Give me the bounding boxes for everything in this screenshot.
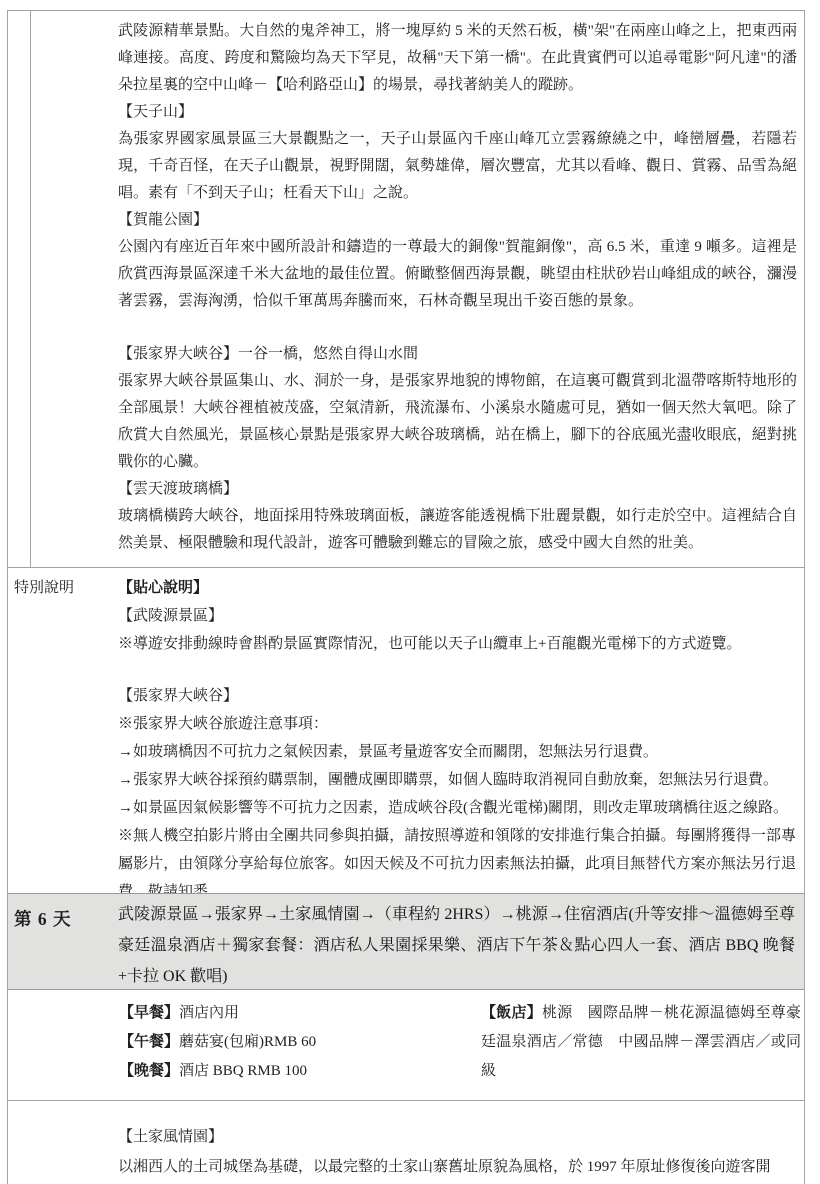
note-canyon-title: ※張家界大峽谷旅遊注意事項： [118, 710, 796, 738]
paragraph-bridge: 武陵源精華景點。大自然的鬼斧神工，將一塊厚約 5 米的天然石板，橫"架"在兩座山… [118, 18, 797, 99]
tujia-content: 【土家風情園】 以湘西人的土司城堡為基礎，以最完整的土家山寨舊址原貌為風格，於 … [118, 1101, 796, 1182]
heading-glass-bridge: 【雲天渡玻璃橋】 [118, 476, 797, 503]
hotel-label: 【飯店】 [481, 1005, 542, 1021]
hotel-column: 【飯店】桃源 國際品牌－桃花源温德姆至尊豪廷温泉酒店／常德 中國品牌－澤雲酒店／… [481, 999, 801, 1086]
breakfast-line: 【早餐】酒店內用 [119, 999, 449, 1028]
day6-meals-row: 【早餐】酒店內用 【午餐】蘑菇宴(包廂)RMB 60 【晚餐】酒店 BBQ RM… [8, 989, 804, 1100]
dinner-line: 【晚餐】酒店 BBQ RMB 100 [119, 1057, 449, 1086]
special-note-content: 【貼心說明】 【武陵源景區】 ※導遊安排動線時會斟酌景區實際情況，也可能以天子山… [118, 568, 796, 906]
itinerary-page: 武陵源精華景點。大自然的鬼斧神工，將一塊厚約 5 米的天然石板，橫"架"在兩座山… [0, 0, 820, 1184]
hotel-line: 【飯店】桃源 國際品牌－桃花源温德姆至尊豪廷温泉酒店／常德 中國品牌－澤雲酒店／… [481, 999, 801, 1086]
breakfast-label: 【早餐】 [119, 1005, 179, 1021]
dinner-value: 酒店 BBQ RMB 100 [179, 1063, 307, 1079]
note-heading-canyon: 【張家界大峽谷】 [118, 682, 796, 710]
lunch-value: 蘑菇宴(包廂)RMB 60 [179, 1034, 316, 1050]
paragraph-glass-bridge: 玻璃橋橫跨大峽谷，地面採用特殊玻璃面板，讓遊客能透視橋下壯麗景觀，如行走於空中。… [118, 503, 797, 557]
meals-column: 【早餐】酒店內用 【午餐】蘑菇宴(包廂)RMB 60 【晚餐】酒店 BBQ RM… [119, 999, 449, 1086]
cell-divider-line [30, 11, 31, 567]
heading-helong-park: 【賀龍公園】 [118, 207, 797, 234]
blank-line [118, 658, 796, 682]
note-canyon-closure: →如景區因氣候影響等不可抗力之因素，造成峽谷段(含觀光電梯)關閉，則改走單玻璃橋… [118, 794, 796, 822]
note-wulingyuan-route: ※導遊安排動線時會斟酌景區實際情況，也可能以天子山纜車上+百龍觀光電梯下的方式遊… [118, 630, 796, 658]
day6-header-row: 第 6 天 武陵源景區→張家界→土家風情園→（車程約 2HRS）→桃源→住宿酒店… [8, 893, 804, 989]
itinerary-table: 武陵源精華景點。大自然的鬼斧神工，將一塊厚約 5 米的天然石板，橫"架"在兩座山… [7, 10, 805, 1184]
day5-description-row: 武陵源精華景點。大自然的鬼斧神工，將一塊厚約 5 米的天然石板，橫"架"在兩座山… [8, 11, 804, 567]
lunch-line: 【午餐】蘑菇宴(包廂)RMB 60 [119, 1028, 449, 1057]
heading-tujia-park: 【土家風情園】 [118, 1122, 796, 1152]
day5-description-content: 武陵源精華景點。大自然的鬼斧神工，將一塊厚約 5 米的天然石板，橫"架"在兩座山… [118, 11, 797, 557]
day6-label: 第 6 天 [14, 906, 72, 931]
dinner-label: 【晚餐】 [119, 1063, 179, 1079]
paragraph-helong-park: 公園內有座近百年來中國所設計和鑄造的一尊最大的銅像"賀龍銅像"，高 6.5 米，… [118, 234, 797, 315]
paragraph-grand-canyon: 張家界大峽谷景區集山、水、洞於一身，是張家界地貌的博物館，在這裏可觀賞到北溫帶喀… [118, 368, 797, 476]
special-note-label: 特別說明 [14, 576, 74, 597]
note-heading-wulingyuan: 【武陵源景區】 [118, 602, 796, 630]
special-note-row: 特別說明 【貼心說明】 【武陵源景區】 ※導遊安排動線時會斟酌景區實際情況，也可… [8, 567, 804, 893]
heading-grand-canyon: 【張家界大峽谷】一谷一橋，悠然自得山水間 [118, 341, 797, 368]
note-canyon-ticket: →張家界大峽谷採預約購票制，團體成團即購票，如個人臨時取消視同自動放棄，恕無法另… [118, 766, 796, 794]
lunch-label: 【午餐】 [119, 1034, 179, 1050]
day6-description-row: 【土家風情園】 以湘西人的土司城堡為基礎，以最完整的土家山寨舊址原貌為風格，於 … [8, 1100, 804, 1184]
note-heading-tips: 【貼心說明】 [118, 574, 796, 602]
heading-tianzishan: 【天子山】 [118, 99, 797, 126]
breakfast-value: 酒店內用 [179, 1005, 239, 1021]
paragraph-tianzishan: 為張家界國家風景區三大景觀點之一，天子山景區內千座山峰兀立雲霧繚繞之中，峰巒層疊… [118, 126, 797, 207]
day6-route: 武陵源景區→張家界→土家風情園→（車程約 2HRS）→桃源→住宿酒店(升等安排～… [118, 894, 795, 992]
note-canyon-weather: →如玻璃橋因不可抗力之氣候因素，景區考量遊客安全而關閉，恕無法另行退費。 [118, 738, 796, 766]
blank-line [118, 315, 797, 341]
paragraph-tujia-park: 以湘西人的土司城堡為基礎，以最完整的土家山寨舊址原貌為風格，於 1997 年原址… [118, 1152, 796, 1182]
